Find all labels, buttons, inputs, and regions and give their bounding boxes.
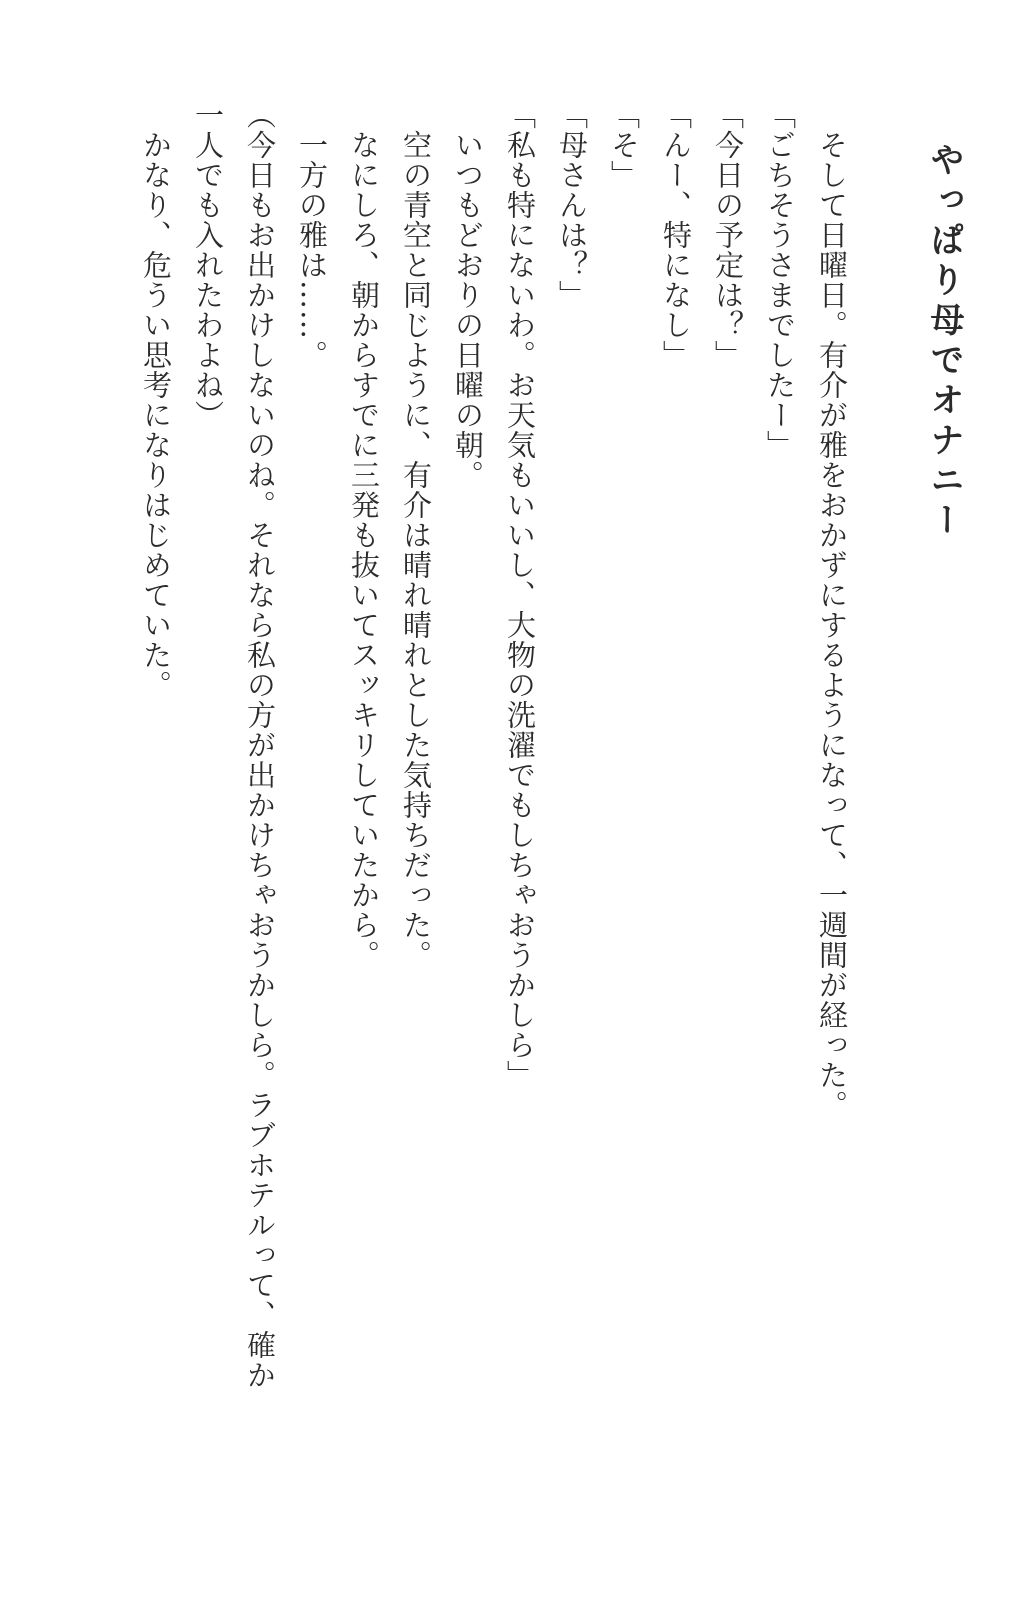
paragraph-line: 一方の雅は……。 [286,100,338,1540]
thought-line-continued: 一人でも入れたわよね） [182,100,234,1540]
dialogue-line: 「そ」 [598,100,650,1540]
dialogue-line: 「今日の予定は？」 [702,100,754,1540]
vertical-text-block: やっぱり母でオナニー そして日曜日。有介が雅をおかずにするようになって、一週間が… [130,100,968,1540]
paragraph-line: 空の青空と同じように、有介は晴れ晴れとした気持ちだった。 [390,100,442,1540]
novel-scan-page: やっぱり母でオナニー そして日曜日。有介が雅をおかずにするようになって、一週間が… [0,0,1031,1615]
thought-line: （今日もお出かけしないのね。それなら私の方が出かけちゃおうかしら。ラブホテルって… [234,100,286,1540]
paragraph-line: いつもどおりの日曜の朝。 [442,100,494,1540]
dialogue-line: 「ごちそうさまでしたー」 [754,100,806,1540]
paragraph-line: なにしろ、朝からすでに三発も抜いてスッキリしていたから。 [338,100,390,1540]
dialogue-line: 「母さんは？」 [546,100,598,1540]
page-title: やっぱり母でオナニー [920,100,968,1540]
paragraph-line: そして日曜日。有介が雅をおかずにするようになって、一週間が経った。 [806,100,858,1540]
paragraph-line: かなり、危うい思考になりはじめていた。 [130,100,182,1540]
dialogue-line: 「んー、特になし」 [650,100,702,1540]
dialogue-line: 「私も特にないわ。お天気もいいし、大物の洗濯でもしちゃおうかしら」 [494,100,546,1540]
